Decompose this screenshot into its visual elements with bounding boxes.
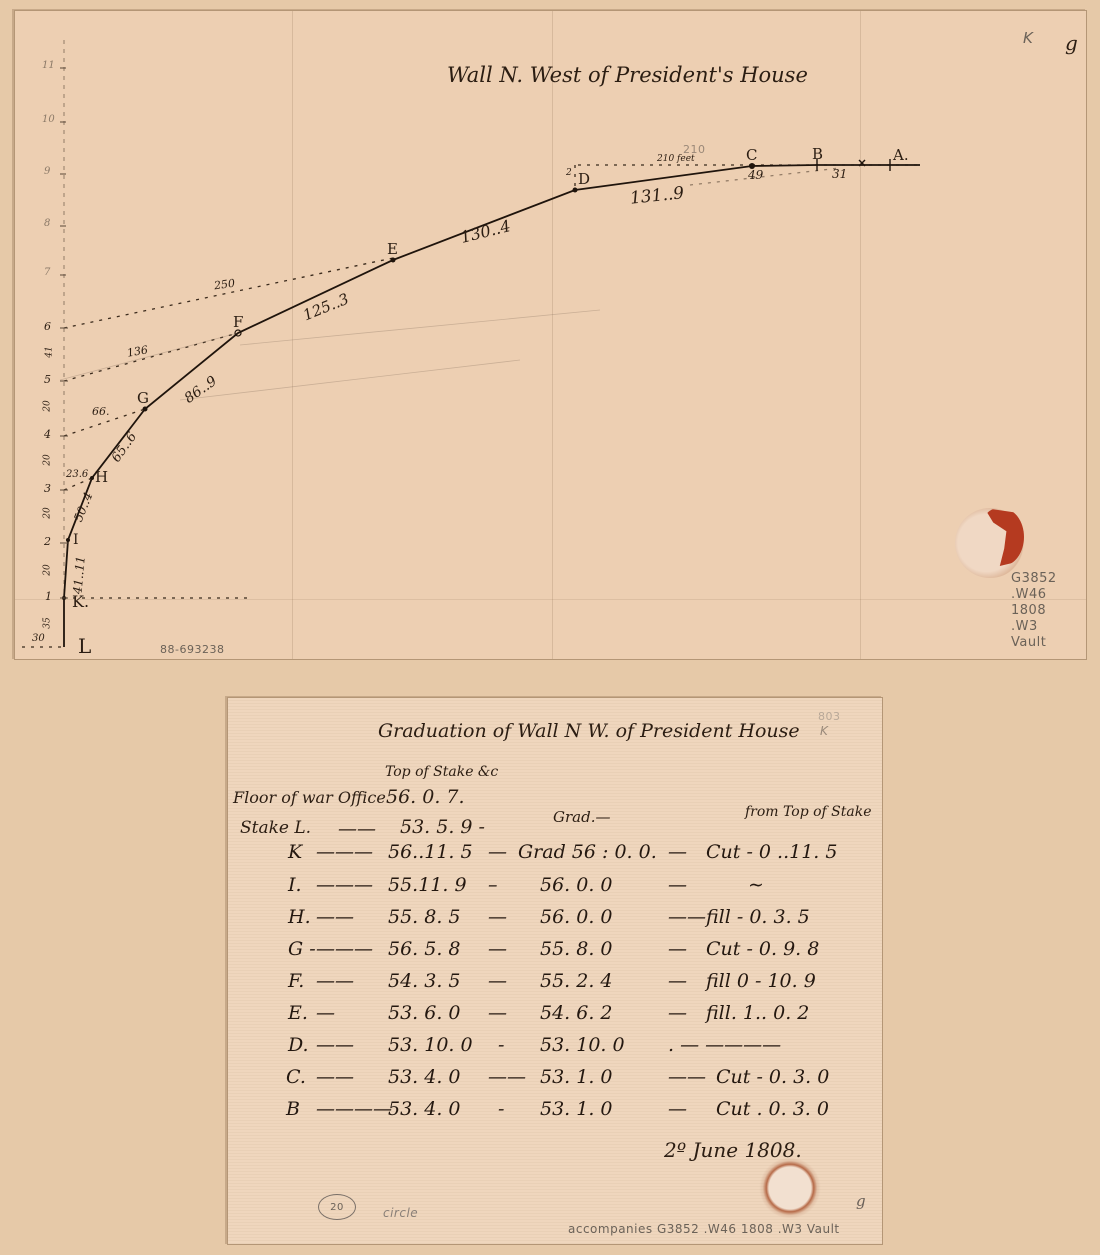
dash: ———	[316, 874, 373, 896]
stake-value: 53. 5. 9 -	[400, 816, 485, 838]
dash: —	[488, 1002, 507, 1024]
dash: ——	[316, 970, 354, 992]
corner-mark: 803	[818, 710, 841, 723]
grad-cell: 55. 8. 0	[540, 938, 613, 960]
dash: —	[668, 970, 687, 992]
offset-label: 30	[32, 633, 45, 644]
dash: —	[316, 1002, 335, 1024]
call-number-line: .W3	[1011, 619, 1057, 635]
scale-mark: 3	[44, 482, 51, 495]
dash: —	[668, 874, 687, 896]
point-label-f: F	[233, 313, 243, 331]
call-number-line: Vault	[1011, 635, 1057, 651]
scale-mark: 9	[44, 166, 50, 177]
stake-cell: D.	[288, 1034, 309, 1056]
point-label-e: E	[387, 240, 398, 258]
scale-mark: 1	[45, 590, 52, 603]
corner-mark: K	[820, 724, 828, 738]
diff-cell: Cut - 0 ..11. 5	[706, 841, 837, 863]
scale-mark: 20	[43, 400, 53, 411]
top-cell: 53. 4. 0	[388, 1066, 461, 1088]
dash: ——	[316, 1066, 354, 1088]
stake-label: Stake L.	[240, 818, 311, 838]
survey-drawing	[0, 0, 1100, 700]
accompanies-note: accompanies G3852 .W46 1808 .W3 Vault	[568, 1222, 840, 1236]
pencil-note: circle	[383, 1206, 418, 1220]
dash: –	[488, 874, 498, 896]
top-cell: 53. 4. 0	[388, 1098, 461, 1120]
scale-mark: 8	[44, 218, 50, 229]
stake-cell: I.	[288, 874, 302, 896]
graduation-table-sheet: Graduation of Wall N W. of President Hou…	[227, 697, 883, 1245]
diff-cell: fill 0 - 10. 9	[706, 970, 816, 992]
column-header-grad: Grad.—	[553, 808, 610, 826]
circled-note: 20	[318, 1194, 356, 1220]
offset-label: 66.	[92, 405, 110, 418]
dash: -	[498, 1034, 504, 1056]
dash: —	[668, 841, 687, 863]
grad-cell: 53. 10. 0	[540, 1034, 625, 1056]
diff-cell: Cut . 0. 3. 0	[716, 1098, 829, 1120]
segment-length: 31	[832, 167, 847, 181]
point-label-d: D	[578, 170, 590, 188]
dash: . — ————	[668, 1034, 781, 1056]
table-row: G - ——— 56. 5. 8 — 55. 8. 0 — Cut - 0. 9…	[228, 938, 882, 968]
dash: —	[668, 1098, 687, 1120]
stake-cell: B	[286, 1098, 300, 1120]
grad-cell: Grad 56 : 0. 0.	[518, 841, 657, 863]
dash: ———	[316, 841, 373, 863]
diff-cell: fill - 0. 3. 5	[706, 906, 810, 928]
call-number: G3852 .W46 1808 .W3 Vault	[1011, 571, 1057, 651]
scale-mark: 20	[43, 564, 53, 575]
dash: ——	[316, 1034, 354, 1056]
offset-label: 2	[566, 168, 572, 178]
point-label-b: B	[812, 145, 823, 163]
diff-cell: fill. 1.. 0. 2	[706, 1002, 809, 1024]
diff-cell: Cut - 0. 3. 0	[716, 1066, 829, 1088]
point-label-a: A.	[893, 146, 909, 164]
dash: ——	[488, 1066, 526, 1088]
dash: —	[668, 1002, 687, 1024]
scale-mark: 4	[44, 428, 51, 441]
dash: ————	[316, 1098, 392, 1120]
column-header-top-of-stake: Top of Stake &c	[385, 764, 498, 780]
point-label-l: L	[78, 634, 91, 658]
segment-length: 49	[748, 168, 763, 182]
catalog-number: 88-693238	[160, 643, 224, 656]
top-cell: 55.11. 9	[388, 874, 467, 896]
call-number-line: .W46	[1011, 587, 1057, 603]
point-label-k: K.	[72, 592, 89, 611]
scale-mark: 6	[44, 320, 51, 333]
dash: ———	[316, 938, 373, 960]
stake-dash: ——	[338, 818, 376, 840]
point-label-h: H	[95, 468, 108, 486]
top-cell: 56..11. 5	[388, 841, 473, 863]
stake-cell: K	[288, 841, 302, 863]
scale-mark: 10	[42, 114, 55, 125]
grad-cell: 54. 6. 2	[540, 1002, 613, 1024]
stake-cell: H.	[288, 906, 311, 928]
top-cell: 55. 8. 5	[388, 906, 461, 928]
dash: —	[668, 938, 687, 960]
dash: —	[488, 970, 507, 992]
diff-cell: Cut - 0. 9. 8	[706, 938, 819, 960]
scale-mark: 20	[43, 454, 53, 465]
table-row: C. —— 53. 4. 0 —— 53. 1. 0 —— Cut - 0. 3…	[228, 1066, 882, 1096]
top-cell: 56. 5. 8	[388, 938, 461, 960]
stake-cell: C.	[286, 1066, 306, 1088]
scale-mark: 7	[44, 267, 50, 278]
scale-mark: 2	[44, 535, 51, 548]
top-cell: 53. 10. 0	[388, 1034, 473, 1056]
call-number-line: 1808	[1011, 603, 1057, 619]
seal-stain	[758, 1158, 822, 1218]
grad-cell: 56. 0. 0	[540, 874, 613, 896]
scale-mark: 20	[43, 507, 53, 518]
grad-cell: 56. 0. 0	[540, 906, 613, 928]
floor-label: Floor of war Office	[233, 788, 386, 807]
dash: —	[488, 906, 507, 928]
scale-mark: 35	[43, 617, 53, 628]
dash: —	[488, 841, 507, 863]
table-row: B ———— 53. 4. 0 - 53. 1. 0 — Cut . 0. 3.…	[228, 1098, 882, 1128]
point-label-c: C	[746, 146, 757, 164]
dash: ——	[316, 906, 354, 928]
diff-cell: ∼	[748, 874, 764, 896]
table-row: D. —— 53. 10. 0 - 53. 10. 0 . — ————	[228, 1034, 882, 1064]
table-row: K ——— 56..11. 5 — Grad 56 : 0. 0. — Cut …	[228, 841, 882, 871]
grad-cell: 55. 2. 4	[540, 970, 613, 992]
corner-mark: g	[856, 1192, 866, 1210]
grad-cell: 53. 1. 0	[540, 1098, 613, 1120]
point-label-g: G	[137, 389, 149, 407]
point-label-i: I	[73, 532, 79, 548]
top-cell: 53. 6. 0	[388, 1002, 461, 1024]
floor-value: 56. 0. 7.	[386, 786, 465, 808]
scale-mark: 11	[42, 60, 55, 71]
top-cell: 54. 3. 5	[388, 970, 461, 992]
table-row: F. —— 54. 3. 5 — 55. 2. 4 — fill 0 - 10.…	[228, 970, 882, 1000]
table-row: I. ——— 55.11. 9 – 56. 0. 0 — ∼	[228, 874, 882, 904]
call-number-line: G3852	[1011, 571, 1057, 587]
dash: ——	[668, 906, 706, 928]
table-row: H. —— 55. 8. 5 — 56. 0. 0 —— fill - 0. 3…	[228, 906, 882, 936]
offset-label: 210	[683, 143, 706, 156]
column-header-diff: from Top of Stake	[745, 804, 872, 820]
dash: —	[488, 938, 507, 960]
stake-cell: F.	[288, 970, 304, 992]
grad-cell: 53. 1. 0	[540, 1066, 613, 1088]
table-title: Graduation of Wall N W. of President Hou…	[378, 720, 800, 742]
dash: ——	[668, 1066, 706, 1088]
table-row: E. — 53. 6. 0 — 54. 6. 2 — fill. 1.. 0. …	[228, 1002, 882, 1032]
dash: -	[498, 1098, 504, 1120]
stake-cell: E.	[288, 1002, 308, 1024]
stake-cell: G -	[288, 938, 316, 960]
scale-mark: 5	[44, 373, 51, 386]
offset-label: 23.6	[66, 469, 88, 480]
scale-mark: 41	[45, 346, 55, 357]
